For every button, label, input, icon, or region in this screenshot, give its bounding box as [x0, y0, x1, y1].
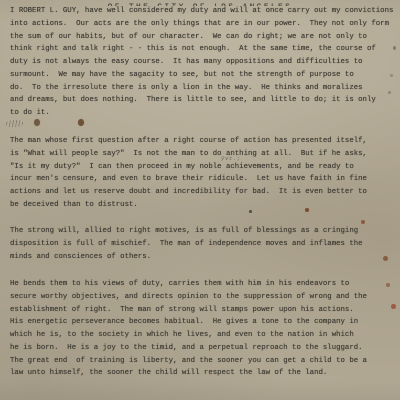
text-line: be deceived than to distrust.: [10, 199, 398, 212]
stain-speck: [390, 74, 393, 77]
text-line: think right and talk right - - this is n…: [10, 43, 398, 56]
text-line: is "What will people say?" Is not the ma…: [10, 148, 398, 161]
pencil-scribble: [6, 119, 23, 127]
text-line: do. To the irresolute there is only a li…: [10, 82, 398, 95]
stain-speck: [34, 119, 40, 126]
paragraph-1: I ROBERT L. GUY, have well considered my…: [10, 5, 398, 120]
text-line: into actions. Our acts are the only thin…: [10, 18, 398, 31]
text-line: law unto himself, the sooner the child w…: [10, 367, 398, 380]
text-line: His energetic perseverance becomes habit…: [10, 316, 398, 329]
text-line: I ROBERT L. GUY, have well considered my…: [10, 5, 398, 18]
text-line: The strong will, allied to right motives…: [10, 225, 398, 238]
paragraph-3: The strong will, allied to right motives…: [10, 225, 398, 263]
text-line: and dreams, but does nothing. There is l…: [10, 94, 398, 107]
text-line: The great end of training is liberty, an…: [10, 355, 398, 368]
text-line: secure worthy objectives, and directs op…: [10, 291, 398, 304]
stain-speck: [393, 46, 396, 50]
text-line: to do it.: [10, 107, 398, 120]
text-line: he is born. He is a joy to the timid, an…: [10, 342, 398, 355]
stain-speck: [388, 91, 391, 94]
stain-speck: [383, 256, 388, 261]
pencil-annotation: ȳvt.;: [221, 155, 241, 162]
text-line: duty is not always the easy course. It h…: [10, 56, 398, 69]
document-page: OF THE CITY OF LOS ANGELES I ROBERT L. G…: [0, 0, 400, 400]
text-line: surmount. We may have the sagacity to se…: [10, 69, 398, 82]
stain-speck: [305, 208, 309, 212]
text-line: "Is it my duty?" I can then proceed in m…: [10, 161, 398, 174]
stain-speck: [386, 283, 390, 287]
text-line: incur men's censure, and even to brave t…: [10, 173, 398, 186]
text-line: establishment of right. The man of stron…: [10, 304, 398, 317]
text-line: actions and let us reserve doubt and inc…: [10, 186, 398, 199]
paragraph-2: The man whose first question after a rig…: [10, 135, 398, 212]
text-line: which he is, to the society in which he …: [10, 329, 398, 342]
stain-speck: [249, 210, 252, 213]
text-line: disposition is full of mischief. The man…: [10, 238, 398, 251]
text-line: He bends them to his views of duty, carr…: [10, 278, 398, 291]
paragraph-4: He bends them to his views of duty, carr…: [10, 278, 398, 380]
text-line: minds and consciences of others.: [10, 251, 398, 264]
stain-speck: [391, 304, 396, 309]
stain-speck: [361, 220, 365, 224]
stain-speck: [78, 119, 84, 126]
text-line: The man whose first question after a rig…: [10, 135, 398, 148]
text-line: the sum of our habits, but of our charac…: [10, 31, 398, 44]
